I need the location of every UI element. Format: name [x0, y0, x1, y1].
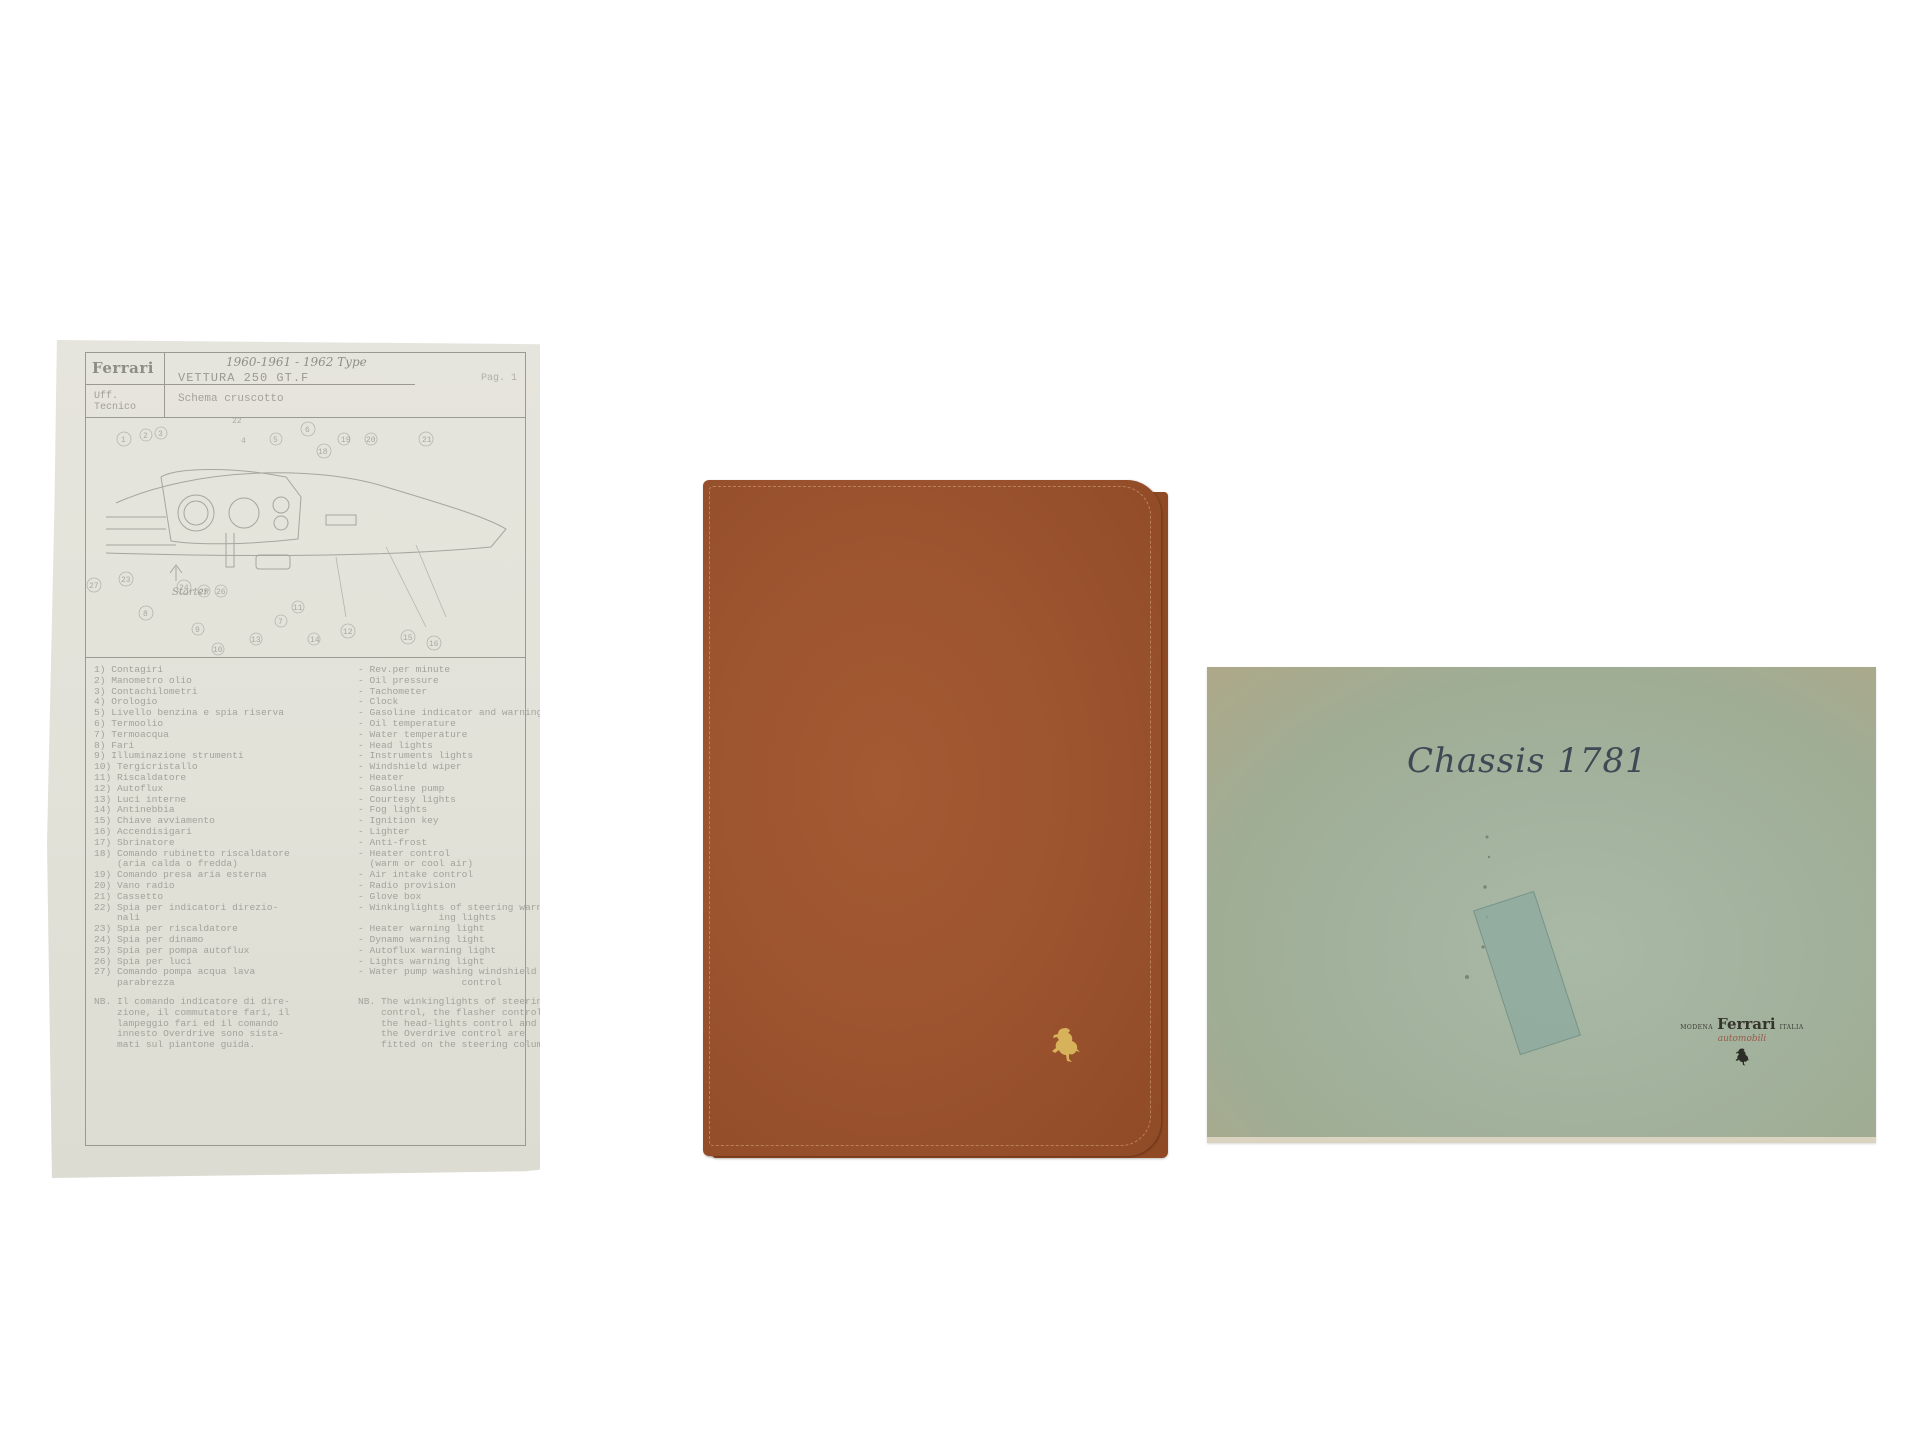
- legend-item: 12) Autoflux: [94, 784, 356, 795]
- english-note: NB. The winkinglights of steering contro…: [358, 997, 548, 1051]
- brand-name: Ferrari: [1717, 1015, 1776, 1033]
- svg-text:16: 16: [429, 640, 439, 649]
- handwritten-years: 1960-1961 - 1962 Type: [226, 355, 367, 369]
- svg-text:15: 15: [403, 634, 413, 643]
- svg-text:19: 19: [341, 436, 351, 445]
- svg-text:18: 18: [318, 448, 328, 457]
- legend-item: - Anti-frost: [358, 838, 548, 849]
- legend-item: control: [358, 978, 548, 989]
- chassis-handwriting: Chassis 1781: [1407, 741, 1648, 781]
- owners-manual-booklet: Chassis 1781 MODENA Ferrari ITALIA autom…: [1207, 667, 1876, 1143]
- page-ref: Pag. 1: [481, 373, 517, 384]
- brand-script: automobili: [1652, 1034, 1832, 1044]
- brand-row: MODENA Ferrari ITALIA: [1652, 1015, 1832, 1033]
- sheet-frame: Ferrari Uff. Tecnico 1960-1961 - 1962 Ty…: [85, 352, 526, 1146]
- italian-legend: 1) Contagiri 2) Manometro olio 3) Contac…: [94, 665, 356, 1051]
- prancing-horse-icon: [1047, 1025, 1083, 1065]
- dashboard-diagram-sheet: Ferrari Uff. Tecnico 1960-1961 - 1962 Ty…: [47, 340, 540, 1178]
- english-legend: - Rev.per minute - Oil pressure - Tachom…: [358, 665, 548, 1051]
- svg-text:7: 7: [278, 618, 283, 627]
- svg-text:23: 23: [121, 576, 131, 585]
- legend-item: 2) Manometro olio: [94, 676, 356, 687]
- legend-item: - Glove box: [358, 892, 548, 903]
- svg-text:22: 22: [232, 417, 242, 426]
- svg-text:5: 5: [273, 436, 278, 445]
- legend-item: - Autoflux warning light: [358, 946, 548, 957]
- svg-text:6: 6: [305, 426, 310, 435]
- vehicle-model: VETTURA 250 GT.F: [178, 371, 309, 385]
- svg-text:20: 20: [366, 436, 376, 445]
- sheet-header: Ferrari Uff. Tecnico 1960-1961 - 1962 Ty…: [86, 353, 525, 418]
- legend-item: 7) Termoacqua: [94, 730, 356, 741]
- header-divider: [86, 384, 164, 385]
- svg-text:Starter: Starter: [172, 587, 210, 598]
- svg-text:3: 3: [158, 430, 163, 439]
- svg-text:12: 12: [343, 628, 353, 637]
- legend-item: 25) Spia per pompa autoflux: [94, 946, 356, 957]
- brand-country: ITALIA: [1780, 1024, 1804, 1031]
- ferrari-logo-text: Ferrari: [92, 359, 154, 377]
- svg-text:14: 14: [310, 636, 320, 645]
- legend-item: - Gasoline pump: [358, 784, 548, 795]
- svg-text:9: 9: [195, 626, 200, 635]
- svg-text:10: 10: [213, 646, 223, 655]
- logo-cell: Ferrari Uff. Tecnico: [86, 353, 165, 417]
- legend-item: - Water temperature: [358, 730, 548, 741]
- ferrari-brand-mark: MODENA Ferrari ITALIA automobili: [1652, 1015, 1832, 1073]
- dashboard-sketch-icon: 123 2245 61819 2021 27238 242526 91013 7…: [86, 417, 526, 657]
- svg-text:26: 26: [216, 588, 226, 597]
- brand-city: MODENA: [1680, 1024, 1713, 1031]
- svg-text:11: 11: [293, 604, 303, 613]
- wallet-stitching: [709, 486, 1151, 1146]
- italian-note: NB. Il comando indicatore di dire- zione…: [94, 997, 356, 1051]
- legend-item: 21) Cassetto: [94, 892, 356, 903]
- dashboard-line-drawing: 123 2245 61819 2021 27238 242526 91013 7…: [86, 417, 525, 658]
- legend-item: - Oil pressure: [358, 676, 548, 687]
- svg-text:21: 21: [422, 436, 432, 445]
- svg-text:4: 4: [241, 437, 246, 446]
- schema-title: Schema cruscotto: [178, 393, 284, 405]
- prancing-horse-icon: [1733, 1046, 1751, 1068]
- legend-item: 17) Sbrinatore: [94, 838, 356, 849]
- svg-text:27: 27: [89, 582, 99, 591]
- office-label: Uff. Tecnico: [94, 391, 164, 413]
- svg-text:13: 13: [251, 636, 261, 645]
- leather-wallet: [703, 480, 1161, 1156]
- legend-item: parabrezza: [94, 978, 356, 989]
- svg-text:1: 1: [121, 436, 126, 445]
- svg-text:8: 8: [143, 610, 148, 619]
- svg-text:2: 2: [143, 432, 148, 441]
